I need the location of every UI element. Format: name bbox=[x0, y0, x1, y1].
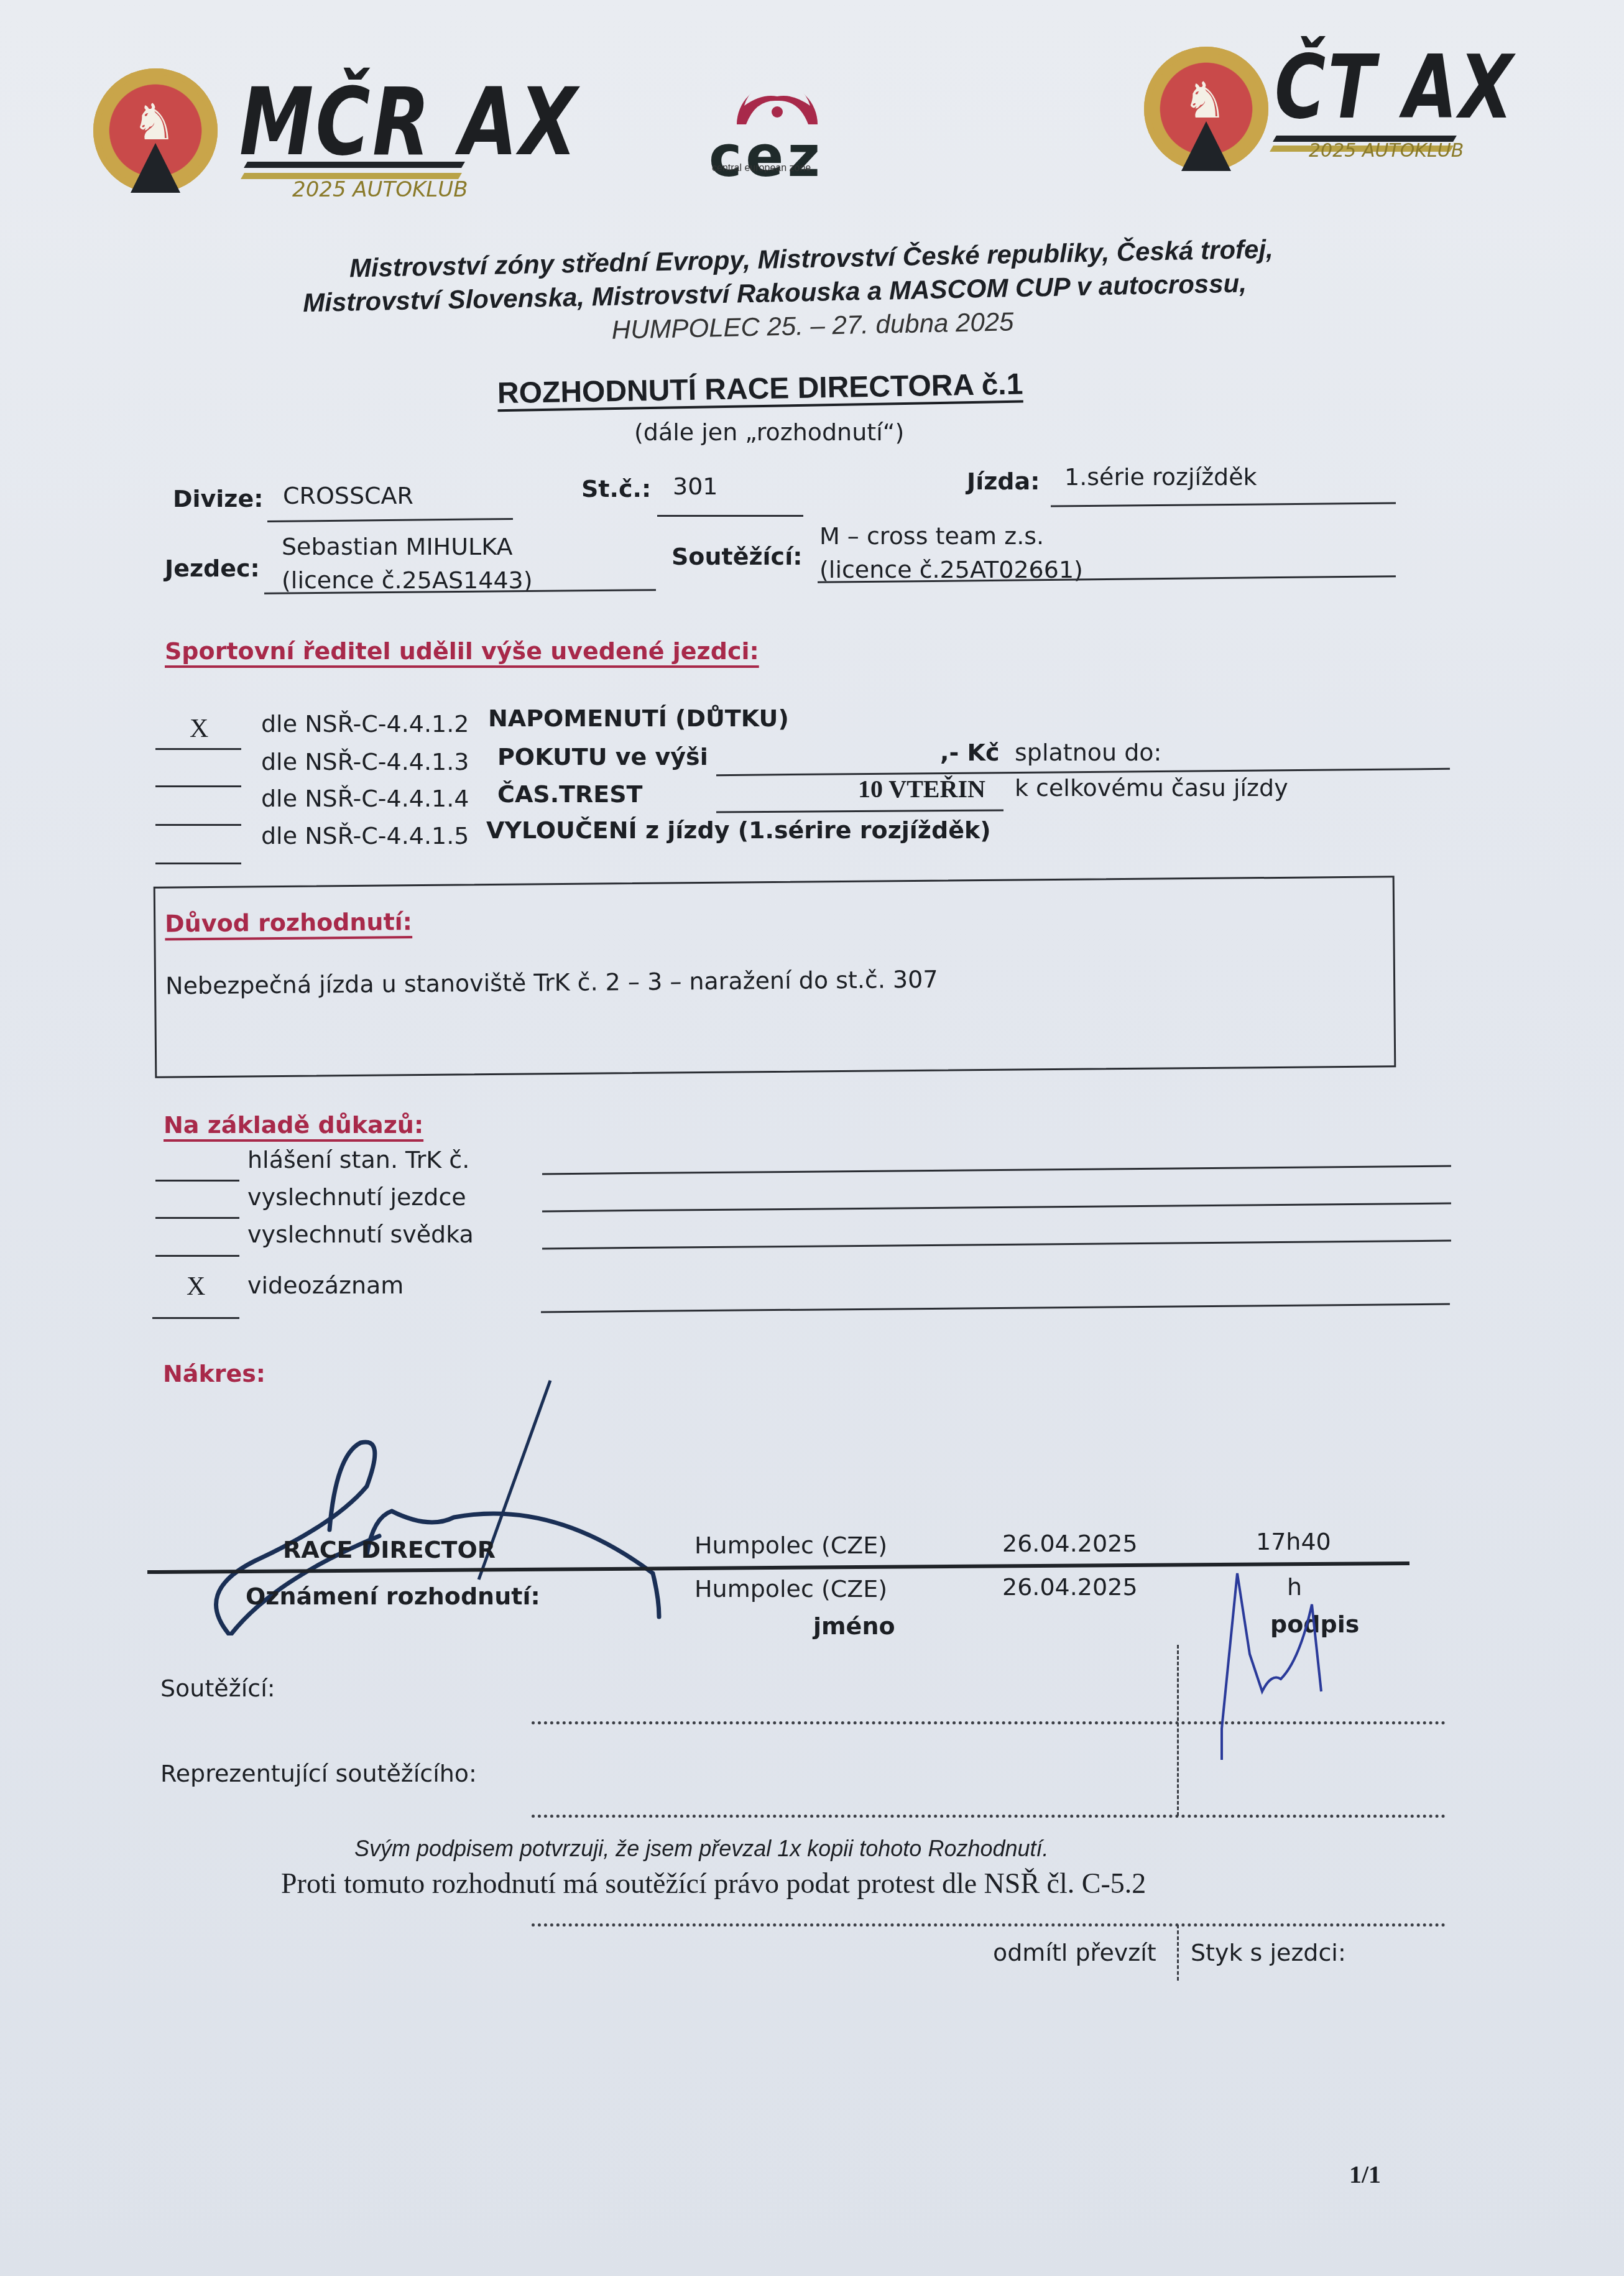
logo-subtitle: 2025 AUTOKLUB bbox=[1309, 140, 1464, 162]
penalty-label: VYLOUČENÍ z jízdy (1.sérire rozjížděk) bbox=[486, 816, 991, 844]
time-penalty-field[interactable]: 10 VTEŘIN bbox=[858, 774, 985, 803]
notice-date: 26.04.2025 bbox=[1002, 1573, 1138, 1601]
logo-title: ČT AX bbox=[1275, 37, 1515, 139]
currency-label: ,- Kč bbox=[940, 739, 999, 766]
evidence-heading: Na základě důkazů: bbox=[164, 1111, 423, 1139]
page-number: 1/1 bbox=[1349, 2160, 1381, 2189]
driver-name: Sebastian MIHULKA bbox=[282, 530, 533, 563]
event-title: Mistrovství zóny střední Evropy, Mistrov… bbox=[0, 227, 1624, 358]
division-field[interactable]: CROSSCAR bbox=[283, 482, 413, 509]
protest-notice: Proti tomuto rozhodnutí má soutěžící prá… bbox=[281, 1867, 1146, 1900]
steering-wheel-icon bbox=[731, 62, 824, 131]
competitor-name-field[interactable] bbox=[532, 1679, 1153, 1716]
penalty-rule: dle NSŘ-C-4.4.1.4 bbox=[261, 785, 469, 812]
penalty-rule: dle NSŘ-C-4.4.1.2 bbox=[261, 710, 469, 738]
notice-label: Oznámení rozhodnutí: bbox=[246, 1583, 540, 1610]
start-number-field[interactable]: 301 bbox=[673, 473, 718, 500]
evidence-label: hlášení stan. TrK č. bbox=[247, 1146, 469, 1173]
confirmation-text: Svým podpisem potvrzuji, že jsem převzal… bbox=[354, 1836, 1049, 1862]
evidence-label: videozáznam bbox=[247, 1272, 404, 1299]
reason-box: Důvod rozhodnutí: Nebezpečná jízda u sta… bbox=[154, 876, 1396, 1078]
logo-title: cez bbox=[709, 124, 824, 190]
heat-label: Jízda: bbox=[967, 468, 1040, 495]
race-director-place: Humpolec (CZE) bbox=[694, 1532, 887, 1559]
competitor-name: M – cross team z.s. bbox=[819, 519, 1083, 553]
competitor-signature-label: Soutěžící: bbox=[160, 1675, 275, 1702]
heat-field[interactable]: 1.série rozjížděk bbox=[1064, 463, 1257, 491]
competitor-field[interactable]: M – cross team z.s. (licence č.25AT02661… bbox=[819, 519, 1083, 586]
due-date-label: splatnou do: bbox=[1015, 739, 1161, 766]
competitor-label: Soutěžící: bbox=[671, 543, 802, 570]
penalty-label: NAPOMENUTÍ (DŮTKU) bbox=[488, 705, 789, 732]
penalties-heading: Sportovní ředitel udělil výše uvedené je… bbox=[165, 637, 759, 665]
document-title: ROZHODNUTÍ RACE DIRECTORA č.1 bbox=[497, 368, 1023, 411]
representative-name-field[interactable] bbox=[532, 1772, 1153, 1810]
logo-subtitle: central european zone bbox=[712, 163, 811, 174]
penalty-label: POKUTU ve výši bbox=[497, 743, 708, 770]
document-subtitle: (dále jen „rozhodnutí“) bbox=[634, 419, 904, 446]
refused-to-accept-label[interactable]: odmítl převzít bbox=[993, 1939, 1156, 1966]
evidence-checkbox-video[interactable]: X bbox=[187, 1272, 205, 1302]
start-number-label: St.č.: bbox=[581, 475, 651, 502]
race-director-date: 26.04.2025 bbox=[1002, 1530, 1138, 1557]
penalty-label: ČAS.TREST bbox=[497, 780, 643, 808]
representative-label: Reprezentující soutěžícího: bbox=[160, 1760, 477, 1787]
time-penalty-suffix: k celkovému času jízdy bbox=[1015, 774, 1288, 802]
driver-label: Jezdec: bbox=[165, 555, 260, 582]
logo-subtitle: 2025 AUTOKLUB bbox=[292, 177, 468, 202]
logo-title: MČR AX bbox=[239, 68, 579, 177]
reason-text[interactable]: Nebezpečná jízda u stanoviště TrK č. 2 –… bbox=[165, 966, 938, 1000]
reason-heading: Důvod rozhodnutí: bbox=[165, 908, 412, 937]
notice-place: Humpolec (CZE) bbox=[694, 1575, 887, 1603]
evidence-label: vyslechnutí jezdce bbox=[247, 1183, 466, 1211]
name-column-label: jméno bbox=[813, 1612, 895, 1640]
driver-field[interactable]: Sebastian MIHULKA (licence č.25AS1443) bbox=[282, 530, 533, 597]
evidence-label: vyslechnutí svědka bbox=[247, 1221, 474, 1248]
driver-contact-label: Styk s jezdci: bbox=[1191, 1939, 1346, 1966]
autoklub-badge-icon: ♞ bbox=[93, 68, 218, 193]
race-director-time: 17h40 bbox=[1256, 1528, 1331, 1555]
race-director-label: RACE DIRECTOR bbox=[283, 1536, 496, 1563]
penalty-rule: dle NSŘ-C-4.4.1.3 bbox=[261, 748, 469, 775]
division-label: Divize: bbox=[173, 485, 263, 512]
penalty-checkbox-reprimand[interactable]: X bbox=[190, 714, 208, 744]
penalty-rule: dle NSŘ-C-4.4.1.5 bbox=[261, 822, 469, 849]
autoklub-badge-icon: ♞ bbox=[1144, 47, 1268, 171]
competitor-signature-icon bbox=[1212, 1567, 1380, 1766]
